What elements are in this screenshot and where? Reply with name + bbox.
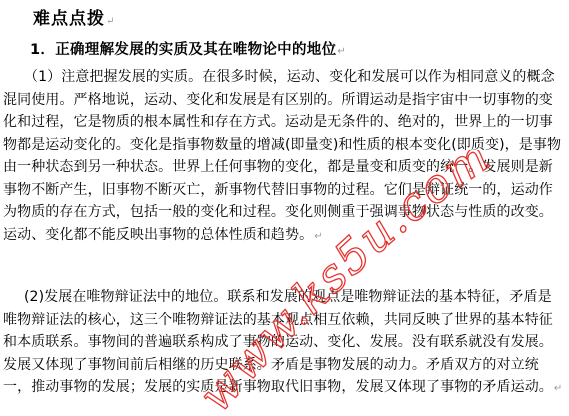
document-page: 难点点拨↵ 1．正确理解发展的实质及其在唯物论中的地位↵ （1）注意把握发展的实… [0,0,569,416]
section-title: 难点点拨↵ [33,4,115,29]
paragraph-mark-icon: ↵ [554,383,562,394]
subsection-title: 1．正确理解发展的实质及其在唯物论中的地位↵ [30,38,346,59]
paragraph-1: （1）注意把握发展的实质。在很多时候，运动、变化和发展可以作为相同意义的概念混同… [3,66,563,248]
paragraph-2-text: (2)发展在唯物辩证法中的地位。联系和发展的观点是唯物辩证法的基本特征，矛盾是唯… [3,289,553,395]
paragraph-mark-icon: ↵ [106,16,115,27]
paragraph-1-text: （1）注意把握发展的实质。在很多时候，运动、变化和发展可以作为相同意义的概念混同… [3,69,561,243]
paragraph-mark-icon: ↵ [314,231,322,242]
paragraph-mark-icon: ↵ [337,46,346,57]
subsection-title-text: 1．正确理解发展的实质及其在唯物论中的地位 [30,42,336,58]
paragraph-2: (2)发展在唯物辩证法中的地位。联系和发展的观点是唯物辩证法的基本特征，矛盾是唯… [3,286,563,401]
section-title-text: 难点点拨 [33,9,105,29]
